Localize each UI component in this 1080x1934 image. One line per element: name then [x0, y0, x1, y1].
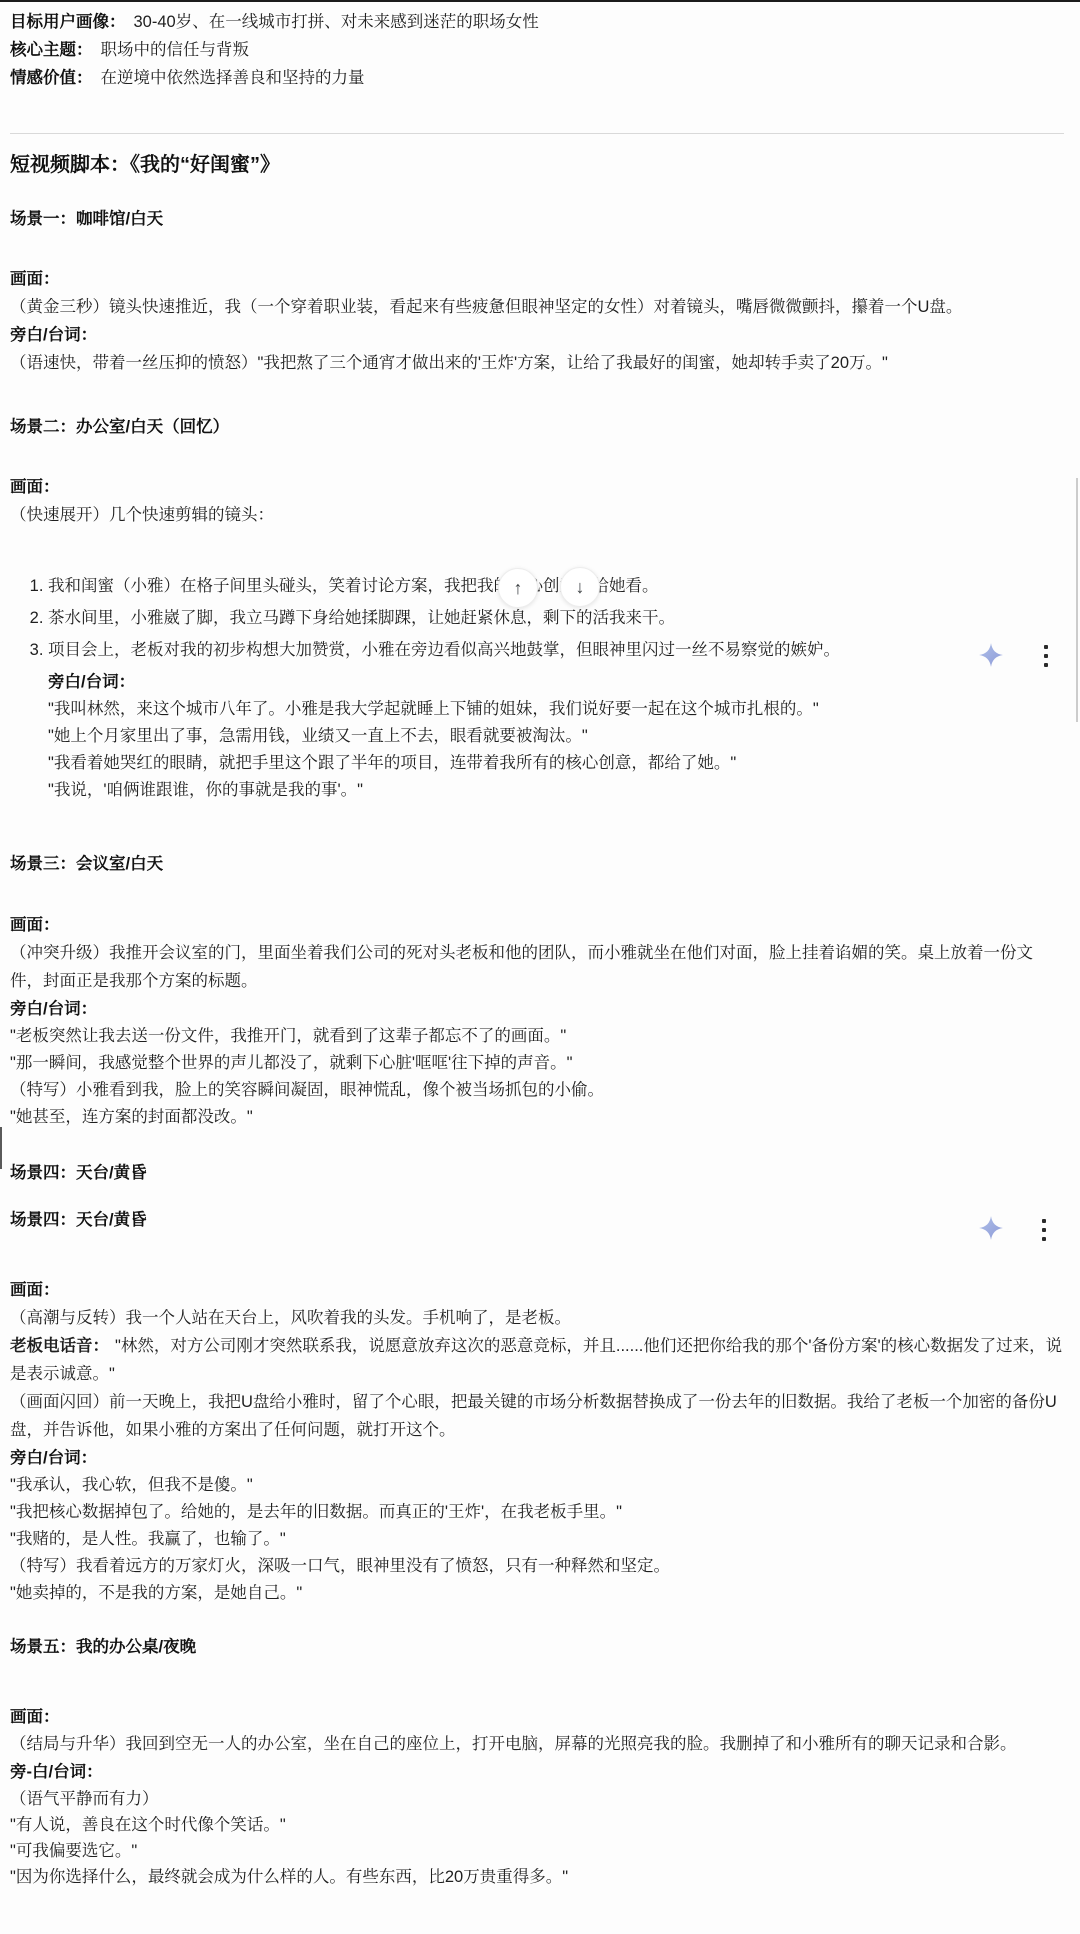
- arrow-up-icon: ↑: [514, 579, 523, 597]
- scene5-vo-line: （语气平静而有力）: [10, 1786, 1064, 1812]
- scene2-vo-line: "我叫林然，来这个城市八年了。小雅是我大学起就睡上下铺的姐妹，我们说好要一起在这…: [48, 696, 1064, 723]
- scene4-heading-repeat: 场景四：天台/黄昏: [10, 1206, 1064, 1234]
- more-options-button[interactable]: [1043, 645, 1049, 672]
- scene4-visual-text: （高潮与反转）我一个人站在天台上，风吹着我的头发。手机响了，是老板。: [10, 1304, 1064, 1332]
- brief-line-emotion: 情感价值：在逆境中依然选择善良和坚持的力量: [10, 64, 1064, 92]
- scene2-heading: 场景二：办公室/白天（回忆）: [10, 413, 1064, 441]
- script-document-page: 目标用户画像：30-40岁、在一线城市打拼、对未来感到迷茫的职场女性 核心主题：…: [0, 0, 1080, 1934]
- scene4-heading: 场景四：天台/黄昏: [10, 1159, 1064, 1187]
- scene5-vo-line: "因为你选择什么，最终就会成为什么样的人。有些东西，比20万贵重得多。": [10, 1864, 1064, 1890]
- section-divider: [10, 133, 1064, 134]
- scene1-visual-label: 画面：: [10, 265, 1064, 293]
- scene5-heading: 场景五：我的办公桌/夜晚: [10, 1633, 1064, 1661]
- scene3-visual-text: （冲突升级）我推开会议室的门，里面坐着我们公司的死对头老板和他的团队，而小雅就坐…: [10, 939, 1064, 995]
- scene2-vo-line: "我说，'咱俩谁跟谁，你的事就是我的事'。": [48, 777, 1064, 804]
- scene4-phone-text: "林然，对方公司刚才突然联系我，说愿意放弃这次的恶意竞标，并且......他们还…: [10, 1337, 1062, 1383]
- more-options-button[interactable]: [1041, 1219, 1047, 1246]
- scene4-vo-line: "她卖掉的，不是我的方案，是她自己。": [10, 1580, 1064, 1607]
- brief-text: 30-40岁、在一线城市打拼、对未来感到迷茫的职场女性: [134, 13, 539, 31]
- scene3-vo-line: "那一瞬间，我感觉整个世界的声儿都没了，就剩下心脏'哐哐'往下掉的声音。": [10, 1050, 1064, 1077]
- brief-line-audience: 目标用户画像：30-40岁、在一线城市打拼、对未来感到迷茫的职场女性: [10, 8, 1064, 36]
- scene4-phone-line: 老板电话音："林然，对方公司刚才突然联系我，说愿意放弃这次的恶意竞标，并且...…: [10, 1332, 1064, 1388]
- scene4-vo-line: "我承认，我心软，但我不是傻。": [10, 1472, 1064, 1499]
- scene2-vo-block: 旁白/台词： "我叫林然，来这个城市八年了。小雅是我大学起就睡上下铺的姐妹，我们…: [48, 668, 1064, 804]
- scene1-heading: 场景一：咖啡馆/白天: [10, 205, 1064, 233]
- scene3-vo-line: "老板突然让我去送一份文件，我推开门，就看到了这辈子都忘不了的画面。": [10, 1023, 1064, 1050]
- caret-mark: [0, 1127, 2, 1169]
- scroll-down-button[interactable]: ↓: [560, 567, 600, 607]
- scene5-visual-label: 画面：: [10, 1703, 1064, 1731]
- scene4-vo-label: 旁白/台词：: [10, 1444, 1064, 1472]
- scene4-visual-label: 画面：: [10, 1276, 1064, 1304]
- brief-label: 情感价值：: [10, 69, 93, 87]
- brief-text: 职场中的信任与背叛: [101, 41, 250, 59]
- scene3-visual-label: 画面：: [10, 911, 1064, 939]
- shot-item: 项目会上，老板对我的初步构想大加赞赏，小雅在旁边看似高兴地鼓掌，但眼神里闪过一丝…: [48, 636, 1064, 664]
- gemini-sparkle-icon: [978, 1215, 1004, 1241]
- scene4-flashback-text: （画面闪回）前一天晚上，我把U盘给小雅时，留了个心眼，把最关键的市场分析数据替换…: [10, 1388, 1064, 1444]
- scene2-vo-line: "她上个月家里出了事，急需用钱，业绩又一直上不去，眼看就要被淘汰。": [48, 723, 1064, 750]
- scene3-vo-label: 旁白/台词：: [10, 995, 1064, 1023]
- scene1-vo-label: 旁白/台词：: [10, 321, 1064, 349]
- shot-item: 我和闺蜜（小雅）在格子间里头碰头，笑着讨论方案，我把我的核心创意指给她看。: [48, 572, 1064, 600]
- scene2-visual-label: 画面：: [10, 473, 1064, 501]
- scene1-visual-text: （黄金三秒）镜头快速推近，我（一个穿着职业装，看起来有些疲惫但眼神坚定的女性）对…: [10, 293, 1064, 321]
- scene4-vo-line: （特写）我看着远方的万家灯火，深吸一口气，眼神里没有了愤怒，只有一种释然和坚定。: [10, 1553, 1064, 1580]
- brief-text: 在逆境中依然选择善良和坚持的力量: [101, 69, 365, 87]
- arrow-down-icon: ↓: [576, 578, 585, 596]
- scene5-vo-line: "可我偏要选它。": [10, 1838, 1064, 1864]
- document-content: 目标用户画像：30-40岁、在一线城市打拼、对未来感到迷茫的职场女性 核心主题：…: [0, 0, 1080, 1890]
- scene5-vo-line: "有人说，善良在这个时代像个笑话。": [10, 1812, 1064, 1838]
- scene3-vo-line: （特写）小雅看到我，脸上的笑容瞬间凝固，眼神慌乱，像个被当场抓包的小偷。: [10, 1077, 1064, 1104]
- gemini-sparkle-icon: [978, 642, 1004, 668]
- brief-label: 目标用户画像：: [10, 13, 126, 31]
- scene3-heading: 场景三：会议室/白天: [10, 850, 1064, 878]
- scene2-vo-line: "我看着她哭红的眼睛，就把手里这个跟了半年的项目，连带着我所有的核心创意，都给了…: [48, 750, 1064, 777]
- shot-item: 茶水间里，小雅崴了脚，我立马蹲下身给她揉脚踝，让她赶紧休息，剩下的活我来干。: [48, 604, 1064, 632]
- top-edge-border: [0, 0, 1080, 2]
- scene5-vo-label: 旁-白/台词：: [10, 1758, 1064, 1786]
- scene4-vo-line: "我赌的，是人性。我赢了，也输了。": [10, 1526, 1064, 1553]
- script-title: 短视频脚本：《我的“好闺蜜”》: [10, 151, 1064, 179]
- scene2-vo-label: 旁白/台词：: [48, 668, 1064, 696]
- brief-label: 核心主题：: [10, 41, 93, 59]
- scene2-visual-intro: （快速展开）几个快速剪辑的镜头：: [10, 501, 1064, 529]
- scrollbar-thumb[interactable]: [1076, 478, 1078, 722]
- scene4-phone-label: 老板电话音：: [10, 1337, 109, 1355]
- scene4-vo-line: "我把核心数据掉包了。给她的，是去年的旧数据。而真正的'王炸'，在我老板手里。": [10, 1499, 1064, 1526]
- scene3-vo-line: "她甚至，连方案的封面都没改。": [10, 1104, 1064, 1131]
- scene1-vo-text: （语速快，带着一丝压抑的愤怒）"我把熬了三个通宵才做出来的'王炸'方案，让给了我…: [10, 349, 1064, 377]
- brief-line-theme: 核心主题：职场中的信任与背叛: [10, 36, 1064, 64]
- scene5-visual-text: （结局与升华）我回到空无一人的办公室，坐在自己的座位上，打开电脑，屏幕的光照亮我…: [10, 1731, 1064, 1758]
- scroll-up-button[interactable]: ↑: [498, 568, 538, 608]
